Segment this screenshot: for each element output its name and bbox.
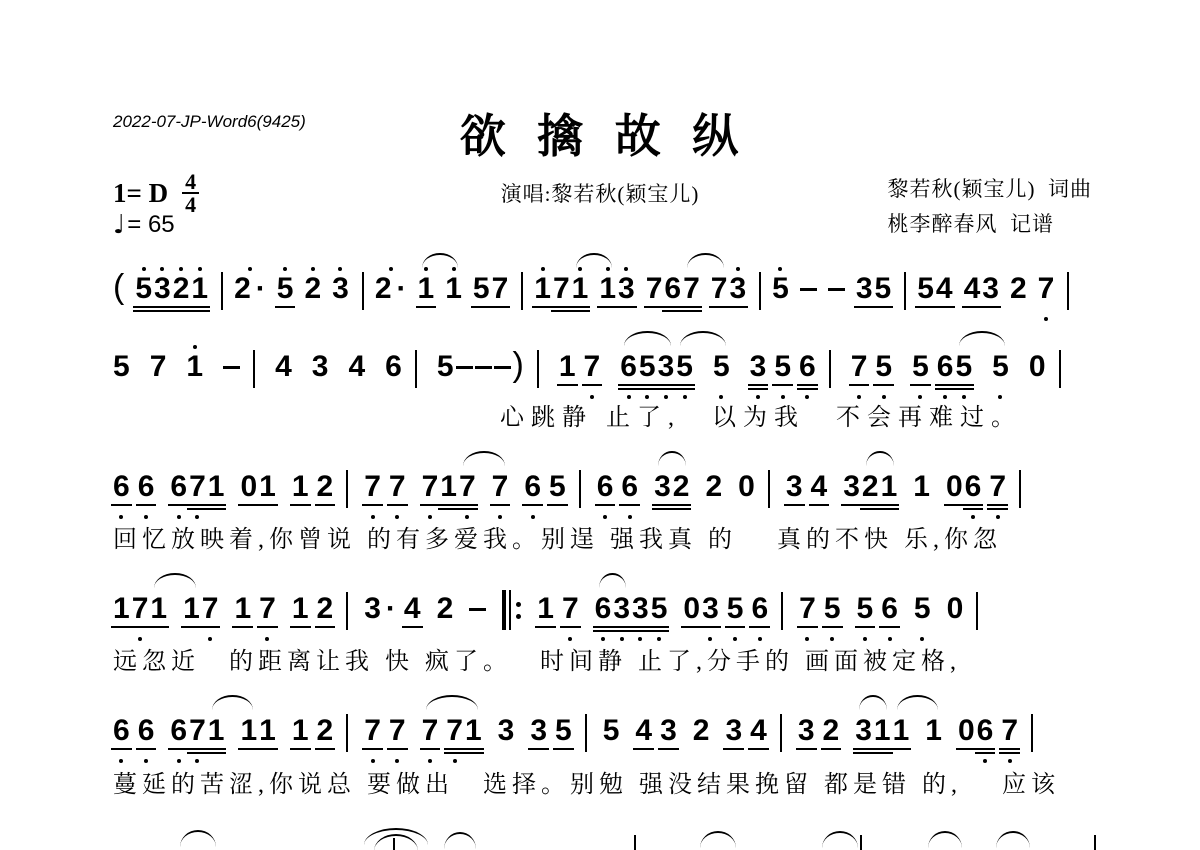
jianpu-note: 1	[208, 462, 225, 522]
note-number: 5	[772, 273, 789, 304]
jianpu-note: 1	[559, 342, 576, 402]
barline	[346, 714, 348, 752]
note-number-row: 4	[964, 273, 981, 304]
note-number: 1	[418, 273, 435, 304]
note-number-row: 7	[364, 715, 381, 746]
beam-underline	[420, 748, 441, 750]
beam-underlines	[150, 382, 167, 392]
note-number: 6	[965, 471, 982, 502]
beam-underlines	[881, 502, 898, 512]
jianpu-note: 0	[958, 706, 975, 766]
note-number: 1	[292, 471, 309, 502]
note-number: 7	[422, 715, 439, 746]
note-number-row: 7	[422, 471, 439, 502]
beam-underlines	[711, 304, 728, 314]
note-number: 1	[881, 471, 898, 502]
beam-underline	[953, 384, 974, 386]
note-number-row: 0	[947, 593, 964, 624]
tie-arc	[658, 451, 686, 466]
beam-underlines	[553, 304, 570, 314]
jianpu-note: 5	[473, 264, 490, 324]
jianpu-note: 1	[893, 706, 910, 766]
barline	[221, 272, 223, 310]
note-number-row: 1	[537, 593, 554, 624]
note-number: 5	[473, 273, 490, 304]
note-number: 6	[799, 351, 816, 382]
beam-underline	[784, 504, 805, 506]
beam-underlines	[862, 502, 879, 512]
beam-underline	[257, 504, 278, 506]
jianpu-note: 6	[621, 462, 638, 522]
note-number-row: 3	[786, 471, 803, 502]
beam-underlines	[537, 624, 554, 634]
note-number-row: 3	[498, 715, 515, 746]
beam-underlines	[364, 746, 381, 756]
octave-dot-below	[177, 759, 181, 763]
note-number-row: 5	[277, 273, 294, 304]
beam-underlines	[989, 502, 1006, 512]
note-number-row: 6	[113, 471, 130, 502]
jianpu-note: 3·	[364, 584, 396, 644]
beam-underline	[681, 310, 702, 312]
note-number: 0	[947, 593, 964, 624]
beam-underline	[595, 504, 616, 506]
beam-underline	[206, 504, 227, 506]
beam-underline	[387, 748, 408, 750]
note-number: 3	[154, 273, 171, 304]
beam-underline	[963, 504, 984, 506]
beam-underlines	[824, 624, 841, 634]
beam-underlines	[135, 304, 152, 314]
beam-underlines	[562, 624, 579, 634]
beam-underline	[570, 306, 591, 308]
beam-underlines	[799, 382, 816, 392]
jianpu-note: 5	[555, 706, 572, 766]
octave-dot-below	[428, 759, 432, 763]
note-number: 7	[646, 273, 663, 304]
note-number: 5	[651, 593, 668, 624]
beam-underline	[535, 626, 556, 628]
note-number-row: 5	[875, 273, 892, 304]
note-number: 3	[786, 471, 803, 502]
note-number: 7	[189, 715, 206, 746]
beam-underline	[130, 626, 151, 628]
jianpu-note: 5	[135, 264, 152, 324]
note-number-row: 5	[603, 715, 620, 746]
note-number: 1	[186, 351, 203, 382]
beam-underline	[238, 748, 259, 750]
note-number: 7	[562, 593, 579, 624]
jianpu-note: 6	[138, 706, 155, 766]
jianpu-note: 4	[811, 462, 828, 522]
note-number: 5	[914, 593, 931, 624]
note-number: 1	[440, 471, 457, 502]
octave-dot-below	[195, 759, 199, 763]
jianpu-note: 3	[498, 706, 515, 766]
beam-underline	[879, 504, 900, 506]
beam-underline	[557, 384, 578, 386]
note-number-row: 4	[936, 273, 953, 304]
note-number-row: 6	[597, 471, 614, 502]
beam-underlines	[473, 304, 490, 314]
quarter-note-icon: ♩	[113, 210, 125, 240]
cut-tie-arc	[180, 830, 216, 847]
paren-close: )	[513, 348, 524, 382]
note-number: 7	[851, 351, 868, 382]
beam-underline	[873, 306, 894, 308]
jianpu-note: 1	[445, 264, 462, 324]
note-number: 7	[389, 715, 406, 746]
beam-underline	[593, 630, 614, 632]
note-number-row: 3	[613, 593, 630, 624]
tie-arc	[866, 451, 894, 466]
note-number-row: 1	[191, 273, 208, 304]
beam-underlines	[857, 624, 874, 634]
note-number-row: 6	[664, 273, 681, 304]
beam-underline	[148, 626, 169, 628]
tie-arc	[463, 451, 505, 466]
beam-underline	[387, 504, 408, 506]
beam-underlines	[555, 746, 572, 756]
note-number: 1	[259, 471, 276, 502]
note-number: 4	[964, 273, 981, 304]
beam-underline	[975, 748, 996, 750]
jianpu-note: 5	[277, 264, 294, 324]
note-number: 2	[823, 715, 840, 746]
note-number-row: 3	[312, 351, 329, 382]
beam-underline	[547, 504, 568, 506]
jianpu-note: 1	[599, 264, 616, 324]
note-number-row: 5	[437, 351, 454, 382]
jianpu-note: 7	[1001, 706, 1018, 766]
beam-underline	[727, 306, 748, 308]
barline	[579, 470, 581, 508]
note-number-row: 1	[183, 593, 200, 624]
note-number-row: 0	[240, 471, 257, 502]
note-number-row: 7	[683, 273, 700, 304]
jianpu-note: 3	[843, 462, 860, 522]
jianpu-note: 1	[572, 264, 589, 324]
jianpu-note: 7	[492, 264, 509, 324]
jianpu-note: 5	[639, 342, 656, 402]
beam-underline	[444, 748, 465, 750]
note-number: 4	[348, 351, 365, 382]
jianpu-note: 1	[191, 264, 208, 324]
jianpu-note: 3	[750, 342, 767, 402]
octave-dot-above	[338, 267, 342, 271]
note-number: 1	[537, 593, 554, 624]
note-number: 6	[385, 351, 402, 382]
jianpu-note: 7	[584, 342, 601, 402]
cut-barline	[860, 835, 862, 850]
note-number: 1	[559, 351, 576, 382]
note-number-row: 1	[440, 471, 457, 502]
jianpu-note: 1	[113, 584, 130, 644]
jianpu-note: 7	[492, 462, 509, 522]
note-number: 2	[317, 593, 334, 624]
jianpu-note: 5	[912, 342, 929, 402]
note-number-row: 1	[874, 715, 891, 746]
beam-underlines	[855, 746, 872, 756]
beam-underlines	[823, 746, 840, 756]
beam-underline	[181, 626, 202, 628]
beam-underlines	[113, 382, 130, 392]
note-number-row: 1	[150, 593, 167, 624]
beam-underline	[674, 384, 695, 386]
barline	[537, 350, 539, 388]
jianpu-note: 6	[170, 706, 187, 766]
note-number: 3	[312, 351, 329, 382]
beam-underline	[891, 748, 912, 750]
beam-underline	[490, 306, 511, 308]
beam-underlines	[208, 746, 225, 756]
jianpu-note: 5	[857, 584, 874, 644]
beam-underline	[956, 748, 977, 750]
barline	[976, 592, 978, 630]
beam-underline	[637, 384, 658, 386]
beam-underline	[463, 748, 484, 750]
barline	[415, 350, 417, 388]
jianpu-note: 5	[437, 342, 454, 402]
barline	[768, 470, 770, 508]
note-number: 6	[937, 351, 954, 382]
jianpu-note: 4	[348, 342, 365, 402]
beam-underlines	[234, 304, 266, 314]
beam-underlines	[912, 382, 929, 392]
note-number-row: 7	[446, 715, 463, 746]
jianpu-note: 4	[635, 706, 652, 766]
beam-underlines	[947, 624, 964, 634]
jianpu-note: 1	[292, 462, 309, 522]
note-number: 3	[982, 273, 999, 304]
note-number-row: 6	[621, 471, 638, 502]
note-number-row: 5	[914, 593, 931, 624]
note-number: 6	[595, 593, 612, 624]
beam-underlines	[632, 624, 649, 634]
note-number: 3	[725, 715, 742, 746]
beam-underline	[652, 504, 673, 506]
note-number-row: 5	[912, 351, 929, 382]
octave-dot-above	[179, 267, 183, 271]
jianpu-note: 1	[234, 584, 251, 644]
lyrics-line: 回忆放映着,你曾说 的有多爱我。别逞 强我真 的 真的不快 乐,你忽	[113, 519, 1002, 554]
barline	[781, 592, 783, 630]
beam-underline	[821, 748, 842, 750]
tie-arc	[624, 331, 671, 346]
beam-underline	[748, 748, 769, 750]
beam-underline	[630, 626, 651, 628]
credit-lyricist: 黎若秋(颖宝儿) 词曲	[888, 177, 1093, 201]
barline	[780, 714, 782, 752]
note-number: 1	[599, 273, 616, 304]
note-number: 0	[240, 471, 257, 502]
beam-underline	[402, 626, 423, 628]
note-number: 2	[673, 471, 690, 502]
beam-underlines	[774, 382, 791, 392]
note-number-row: 2	[862, 471, 879, 502]
beam-underline	[849, 384, 870, 386]
tie-arc	[959, 331, 1005, 346]
note-number: 6	[751, 593, 768, 624]
note-number-row: 1	[208, 471, 225, 502]
beam-underlines	[422, 746, 439, 756]
octave-dot-above	[142, 267, 146, 271]
note-number-row: 7	[492, 471, 509, 502]
tie-arc	[154, 573, 196, 588]
jianpu-note: 7	[562, 584, 579, 644]
note-number-row: 1	[445, 273, 462, 304]
beam-underline	[671, 508, 692, 510]
note-number: 7	[132, 593, 149, 624]
jianpu-note: 3	[856, 264, 873, 324]
beam-underline	[257, 748, 278, 750]
repeat-thin-bar	[509, 590, 511, 630]
beam-underline	[187, 748, 208, 750]
note-number-row: 5	[639, 351, 656, 382]
note-number-row: 5	[917, 273, 934, 304]
beam-underlines	[713, 382, 730, 392]
beam-underlines	[524, 502, 541, 512]
beam-underline	[362, 504, 383, 506]
octave-dot-below	[1044, 317, 1048, 321]
beam-underline	[206, 748, 227, 750]
beam-underlines	[446, 746, 463, 756]
note-number: 4	[635, 715, 652, 746]
jianpu-note: 6	[385, 342, 402, 402]
beam-underlines	[202, 624, 219, 634]
beam-underlines	[183, 624, 200, 634]
jianpu-note: 3	[729, 264, 746, 324]
beam-underline	[796, 748, 817, 750]
note-number: 3	[613, 593, 630, 624]
jianpu-note: 1	[259, 706, 276, 766]
tie-arc	[687, 253, 724, 268]
note-number: 2	[304, 273, 321, 304]
jianpu-note: 2	[317, 584, 334, 644]
note-number-row: 3	[654, 471, 671, 502]
note-number: 7	[259, 593, 276, 624]
note-number: 3	[856, 273, 873, 304]
beam-underline	[935, 388, 956, 390]
beam-underline	[420, 504, 441, 506]
note-number-row: 7	[422, 715, 439, 746]
jianpu-note: 4	[964, 264, 981, 324]
tie-arc	[576, 253, 612, 268]
jianpu-note: 7	[150, 342, 167, 402]
beam-underline	[873, 384, 894, 386]
beam-underlines	[965, 502, 982, 512]
beam-underlines	[955, 382, 972, 392]
octave-dot-above	[389, 267, 393, 271]
augmentation-dot: ·	[397, 273, 407, 304]
note-number-row: 6	[937, 351, 954, 382]
note-number: 5	[676, 351, 693, 382]
beam-underline	[171, 306, 192, 308]
beam-underline	[560, 626, 581, 628]
time-signature: 4 4	[182, 172, 199, 214]
jianpu-note: 3	[332, 264, 349, 324]
beam-underline	[723, 748, 744, 750]
jianpu-note: 7	[711, 264, 728, 324]
jianpu-note: 7	[446, 706, 463, 766]
note-number-row: 1	[292, 471, 309, 502]
note-number: 5	[857, 593, 874, 624]
note-number-row: 2	[317, 715, 334, 746]
jianpu-note: 4	[936, 264, 953, 324]
beam-underlines	[154, 304, 171, 314]
note-number-row: 7	[132, 593, 149, 624]
beam-underlines	[492, 502, 509, 512]
note-number-row: 3·	[364, 593, 396, 624]
tie-arc	[426, 695, 478, 710]
jianpu-note: 7	[364, 706, 381, 766]
note-number: 7	[492, 471, 509, 502]
jianpu-note: 7	[389, 462, 406, 522]
beam-underline	[133, 306, 154, 308]
beam-underlines	[292, 746, 309, 756]
jianpu-note: 6	[881, 584, 898, 644]
jianpu-note: 7	[364, 462, 381, 522]
note-number-row: 2	[673, 471, 690, 502]
note-number: 5	[113, 351, 130, 382]
beam-underlines	[646, 304, 663, 314]
jianpu-note: 2	[437, 584, 454, 644]
note-number-row: 2	[693, 715, 710, 746]
note-number: 0	[738, 471, 755, 502]
note-number-row: 4	[404, 593, 421, 624]
jianpu-note: 3	[855, 706, 872, 766]
note-number: 4	[404, 593, 421, 624]
beam-underline	[136, 504, 157, 506]
credit-transcriber: 桃李醉春风 记谱	[888, 212, 1055, 236]
beam-underline	[797, 626, 818, 628]
beam-underlines	[729, 304, 746, 314]
jianpu-note: 0	[738, 462, 755, 522]
note-number: 7	[364, 471, 381, 502]
note-number-row: 2·	[234, 273, 266, 304]
jianpu-note: 3	[618, 264, 635, 324]
jianpu-note: 2	[862, 462, 879, 522]
note-number-row: 7	[799, 593, 816, 624]
note-number-row: 5	[651, 593, 668, 624]
tempo-marking: ♩ = 65	[113, 210, 175, 240]
note-number: 1	[183, 593, 200, 624]
beam-underline	[630, 630, 651, 632]
jianpu-note: 1	[292, 706, 309, 766]
note-number-row: 1	[208, 715, 225, 746]
note-number-row: 7	[492, 273, 509, 304]
beam-underline	[681, 306, 702, 308]
beam-underline	[532, 306, 553, 308]
beam-underlines	[170, 746, 187, 756]
note-number: 5	[824, 593, 841, 624]
beam-underline	[658, 748, 679, 750]
barline	[759, 272, 761, 310]
note-number: 3	[658, 351, 675, 382]
note-number-row: 1	[259, 715, 276, 746]
beam-underlines	[856, 304, 873, 314]
jianpu-note: 7	[683, 264, 700, 324]
octave-dot-above	[736, 267, 740, 271]
beam-underlines	[786, 502, 803, 512]
cut-barline	[634, 835, 636, 850]
jianpu-note: 5	[651, 584, 668, 644]
cut-stem	[393, 838, 395, 850]
jianpu-note: 5	[992, 342, 1009, 402]
beam-underline	[111, 626, 132, 628]
tie-arc	[680, 331, 726, 346]
octave-dot-above	[541, 267, 545, 271]
